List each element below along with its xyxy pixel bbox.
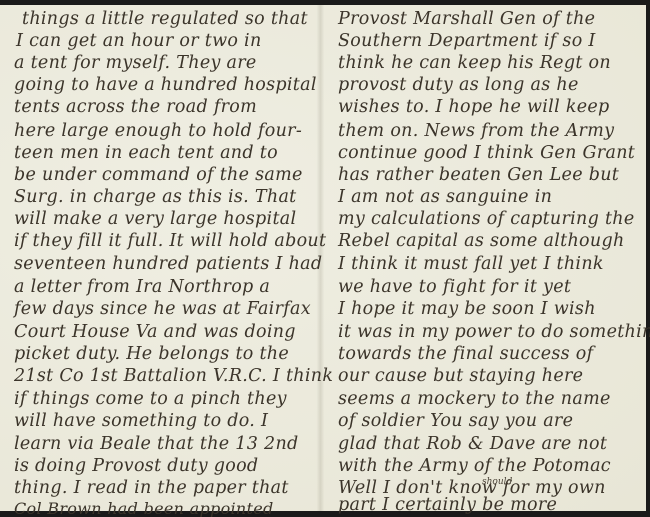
left-line-17: 21st Co 1st Battalion V.R.C. I think: [14, 366, 333, 386]
left-line-10: will make a very large hospital: [14, 209, 296, 229]
left-line-15: Court House Va and was doing: [14, 322, 296, 342]
left-line-3: a tent for myself. They are: [14, 53, 257, 73]
right-line-15: it was in my power to do something: [338, 322, 650, 342]
left-line-6: here large enough to hold four-: [14, 121, 302, 141]
right-line-6: them on. News from the Army: [338, 121, 614, 141]
right-line-13: we have to fight for it yet: [338, 277, 571, 297]
right-line-3: think he can keep his Regt on: [338, 53, 611, 73]
left-line-12: seventeen hundred patients I had: [14, 254, 322, 274]
right-line-4: provost duty as long as he: [338, 75, 579, 95]
insertion-should: should: [482, 477, 512, 487]
left-line-4: going to have a hundred hospital: [14, 75, 317, 95]
right-line-21: with the Army of the Potomac: [338, 456, 611, 476]
right-line-11: Rebel capital as some although: [338, 231, 625, 251]
right-line-18: seems a mockery to the name: [338, 389, 611, 409]
left-line-14: few days since he was at Fairfax: [14, 299, 311, 319]
left-page: things a little regulated so that I can …: [0, 5, 322, 511]
left-line-19: will have something to do. I: [14, 411, 268, 431]
right-line-10: my calculations of capturing the: [338, 209, 635, 229]
left-line-18: if things come to a pinch they: [14, 389, 287, 409]
letter-sheet: things a little regulated so that I can …: [0, 5, 646, 511]
right-line-1: Provost Marshall Gen of the: [338, 9, 595, 29]
left-line-23: Col Brown had been appointed: [14, 499, 274, 517]
left-line-2: I can get an hour or two in: [16, 31, 262, 51]
left-line-5: tents across the road from: [14, 97, 257, 117]
right-line-20: glad that Rob & Dave are not: [338, 434, 607, 454]
right-line-17: our cause but staying here: [338, 366, 583, 386]
right-line-16: towards the final success of: [338, 344, 593, 364]
left-line-20: learn via Beale that the 13 2nd: [14, 434, 299, 454]
right-line-19: of soldier You say you are: [338, 411, 573, 431]
left-line-1: things a little regulated so that: [22, 9, 308, 29]
right-line-23: part I certainly be more: [338, 495, 557, 515]
left-line-21: is doing Provost duty good: [14, 456, 258, 476]
right-line-7: continue good I think Gen Grant: [338, 143, 635, 163]
left-line-22: thing. I read in the paper that: [14, 478, 289, 498]
left-line-11: if they fill it full. It will hold about: [14, 231, 326, 251]
left-line-13: a letter from Ira Northrop a: [14, 277, 270, 297]
left-line-16: picket duty. He belongs to the: [14, 344, 289, 364]
left-line-8: be under command of the same: [14, 165, 303, 185]
right-line-8: has rather beaten Gen Lee but: [338, 165, 619, 185]
left-line-9: Surg. in charge as this is. That: [14, 187, 297, 207]
right-line-2: Southern Department if so I: [338, 31, 596, 51]
left-line-7: teen men in each tent and to: [14, 143, 278, 163]
right-line-9: I am not as sanguine in: [338, 187, 552, 207]
right-page: Provost Marshall Gen of the Southern Dep…: [322, 5, 646, 511]
right-line-5: wishes to. I hope he will keep: [338, 97, 610, 117]
right-line-14: I hope it may be soon I wish: [338, 299, 596, 319]
right-line-12: I think it must fall yet I think: [338, 254, 604, 274]
